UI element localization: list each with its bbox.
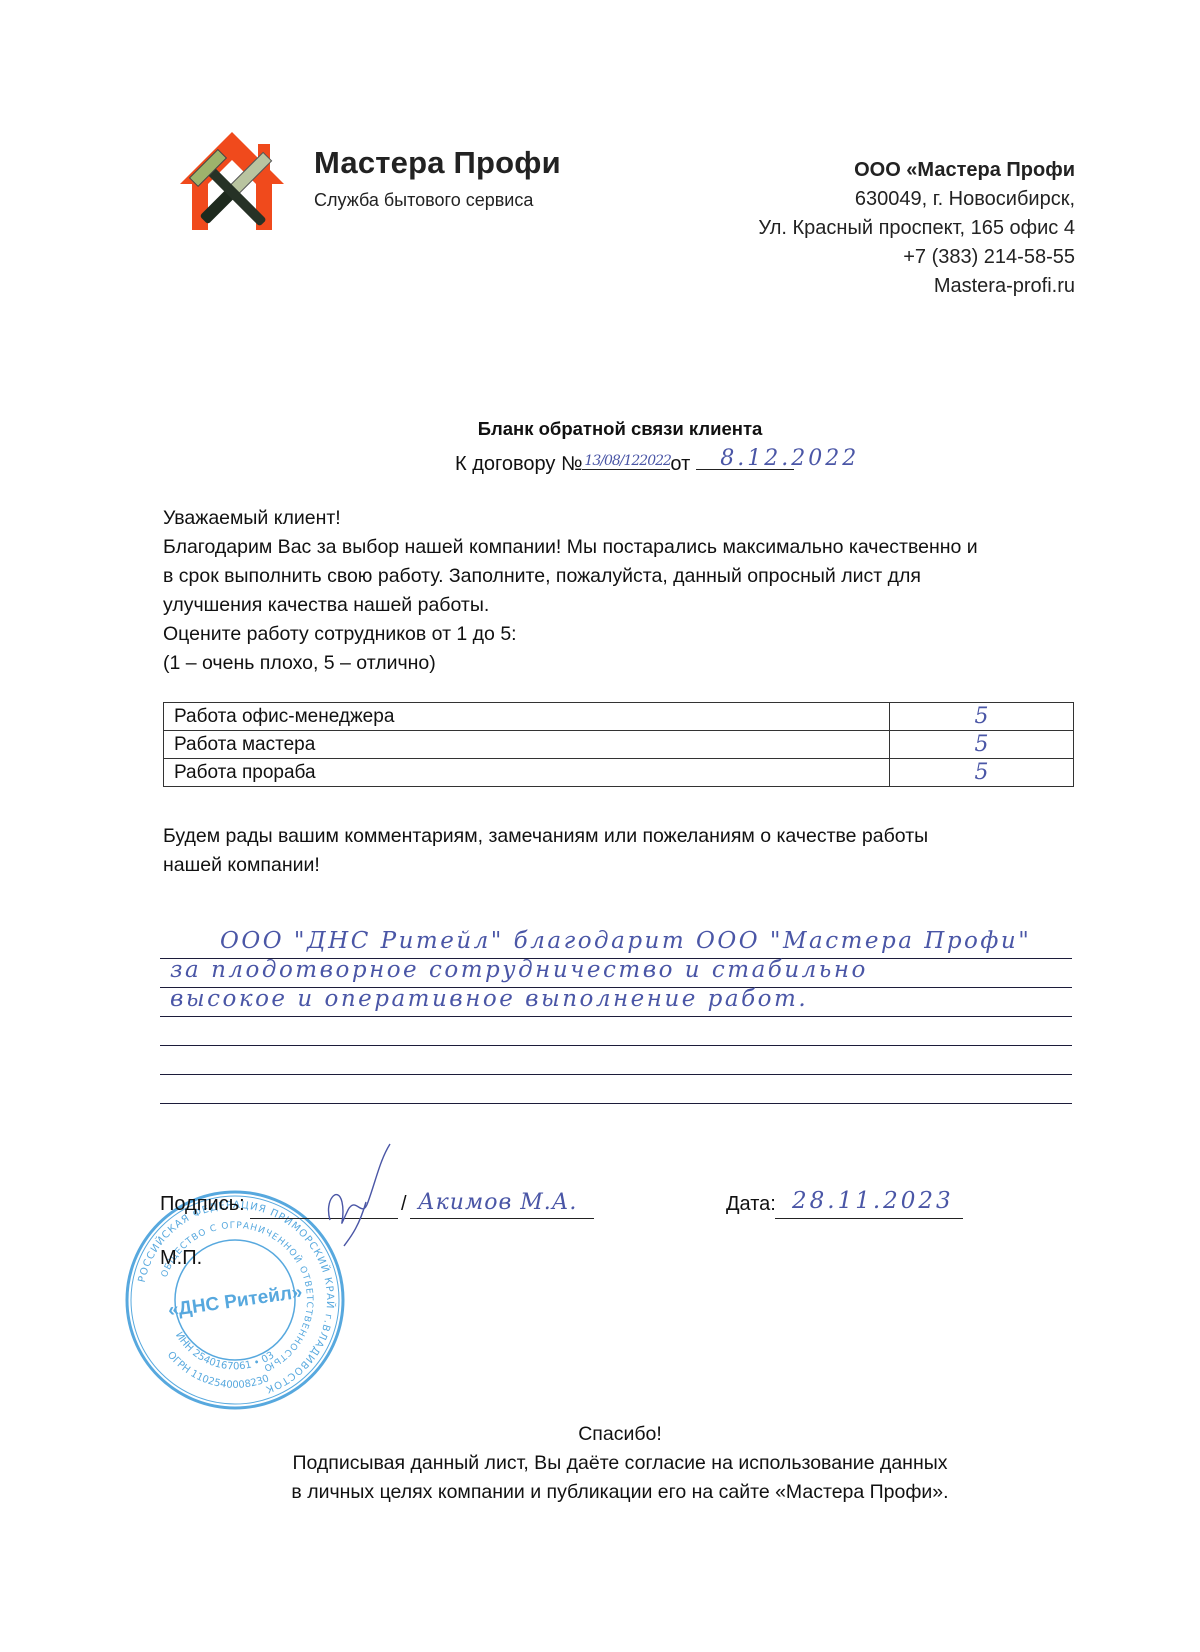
address-line1: 630049, г. Новосибирск, <box>758 185 1075 214</box>
rating-score: 5 <box>975 760 989 785</box>
contract-date: 8.12.2022 <box>720 446 859 471</box>
footer: Спасибо! Подписывая данный лист, Вы даёт… <box>0 1420 1200 1507</box>
rating-label: Работа мастера <box>164 731 890 759</box>
footer-consent-line2: в личных целях компании и публикации его… <box>0 1478 1200 1507</box>
signature-name-field[interactable] <box>410 1218 594 1219</box>
table-row: Работа офис-менеджера 5 <box>164 703 1074 731</box>
comment-line <box>160 1103 1072 1104</box>
contract-prefix: К договору № <box>455 453 582 475</box>
handwritten-comment: ООО "ДНС Ритейл" благодарит ООО "Мастера… <box>220 928 1031 954</box>
rating-score: 5 <box>975 704 989 729</box>
company-name: ООО «Мастера Профи <box>758 156 1075 185</box>
date-field[interactable] <box>775 1218 963 1219</box>
contract-number: 13/08/122022 <box>584 453 671 469</box>
footer-consent-line1: Подписывая данный лист, Вы даёте согласи… <box>0 1449 1200 1478</box>
contract-date-field[interactable]: 8.12.2022 <box>696 447 794 470</box>
brand-title: Мастера Профи <box>314 145 561 181</box>
intro-text: Уважаемый клиент! Благодарим Вас за выбо… <box>163 504 978 678</box>
brand-subtitle: Служба бытового сервиса <box>314 190 533 211</box>
comment-line <box>160 1045 1072 1046</box>
comments-prompt-line2: нашей компании! <box>163 851 928 880</box>
signature-scribble <box>318 1140 408 1250</box>
address-line2: Ул. Красный проспект, 165 офис 4 <box>758 214 1075 243</box>
intro-line: в срок выполнить свою работу. Заполните,… <box>163 562 978 591</box>
rating-label: Работа прораба <box>164 759 890 787</box>
comments-prompt: Будем рады вашим комментариям, замечания… <box>163 822 928 880</box>
greeting: Уважаемый клиент! <box>163 504 978 533</box>
house-with-tools-icon <box>172 122 292 240</box>
contract-line: К договору №13/08/122022от8.12.2022 <box>455 447 794 476</box>
intro-line: (1 – очень плохо, 5 – отлично) <box>163 649 978 678</box>
rating-score-field[interactable]: 5 <box>890 759 1074 787</box>
signature-name: Акимов М.А. <box>418 1190 577 1215</box>
phone: +7 (383) 214-58-55 <box>758 243 1075 272</box>
table-row: Работа прораба 5 <box>164 759 1074 787</box>
rating-score-field[interactable]: 5 <box>890 731 1074 759</box>
signature-separator: / <box>401 1193 407 1216</box>
comment-line <box>160 1016 1072 1017</box>
rating-score-field[interactable]: 5 <box>890 703 1074 731</box>
comments-prompt-line1: Будем рады вашим комментариям, замечания… <box>163 822 928 851</box>
signature-label: Подпись: <box>160 1193 245 1216</box>
date-value: 28.11.2023 <box>792 1188 954 1214</box>
stamp-label: М.П. <box>160 1247 202 1270</box>
company-stamp: РОССИЙСКАЯ ФЕДЕРАЦИЯ ПРИМОРСКИЙ КРАЙ г.В… <box>120 1185 350 1415</box>
intro-line: Благодарим Вас за выбор нашей компании! … <box>163 533 978 562</box>
company-address-block: ООО «Мастера Профи 630049, г. Новосибирс… <box>758 156 1075 301</box>
handwritten-comment: за плодотворное сотрудничество и стабиль… <box>170 957 868 983</box>
rating-score: 5 <box>975 732 989 757</box>
intro-line: улучшения качества нашей работы. <box>163 591 978 620</box>
ratings-table: Работа офис-менеджера 5 Работа мастера 5… <box>163 702 1074 787</box>
intro-line: Оцените работу сотрудников от 1 до 5: <box>163 620 978 649</box>
date-label: Дата: <box>726 1193 776 1216</box>
form-title: Бланк обратной связи клиента <box>0 418 1200 440</box>
contract-number-field[interactable]: 13/08/122022 <box>582 447 670 470</box>
contract-from: от <box>670 453 690 475</box>
comment-line <box>160 1074 1072 1075</box>
rating-label: Работа офис-менеджера <box>164 703 890 731</box>
website: Mastera-profi.ru <box>758 272 1075 301</box>
table-row: Работа мастера 5 <box>164 731 1074 759</box>
footer-thanks: Спасибо! <box>0 1420 1200 1449</box>
svg-text:«ДНС Ритейл»: «ДНС Ритейл» <box>167 1282 304 1322</box>
handwritten-comment: высокое и оперативное выполнение работ. <box>170 986 808 1012</box>
